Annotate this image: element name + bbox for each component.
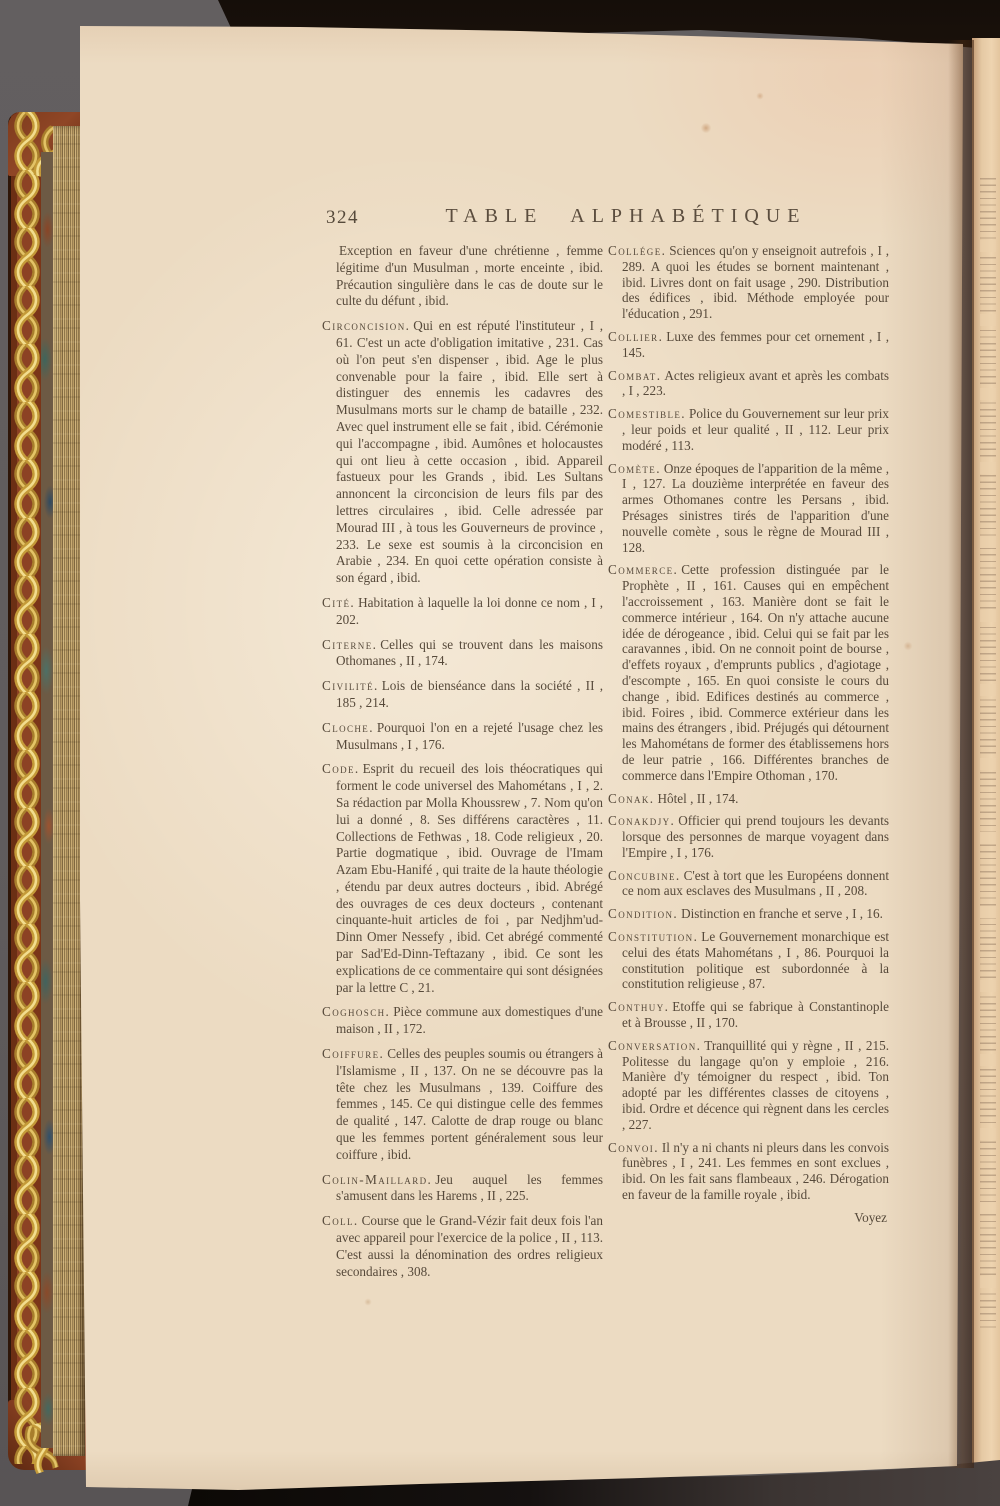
index-column-left: Exception en faveur d'une chrétienne , f… [322, 243, 603, 1288]
index-entry: Collége.Sciences qu'on y enseignoit autr… [608, 243, 889, 322]
index-entry: Collier.Luxe des femmes pour cet ornemen… [608, 329, 889, 361]
entry-term: Comète. [608, 461, 664, 476]
index-entries-left: Exception en faveur d'une chrétienne , f… [322, 243, 603, 1280]
gutter-shadow [948, 40, 974, 1468]
entry-term: Cité. [322, 595, 358, 610]
entry-text: Esprit du recueil des lois théocratiques… [336, 761, 603, 994]
facing-page-text-blur [980, 178, 996, 1328]
index-entry: Coiffure.Celles des peuples soumis ou ét… [322, 1046, 603, 1164]
index-entry: Comestible.Police du Gouvernement sur le… [608, 406, 889, 453]
page-number: 324 [326, 207, 359, 229]
entry-term: Coghosch. [322, 1004, 393, 1019]
index-entry: Conversation.Tranquillité qui y règne , … [608, 1038, 889, 1133]
entry-term: Conakdjy. [608, 813, 678, 828]
entry-text: Habitation à laquelle la loi donne ce no… [336, 595, 603, 627]
index-entry: Cloche.Pourquoi l'on en a rejeté l'usage… [322, 720, 603, 754]
entry-term: Conak. [608, 791, 658, 806]
entry-term: Circoncision. [322, 318, 413, 333]
entry-term: Comestible. [608, 406, 689, 421]
entry-term: Collier. [608, 329, 666, 344]
book-photograph: 324 TABLE ALPHABÉTIQUE Exception en fave… [0, 0, 1000, 1506]
index-entry: Coll.Course que le Grand-Vézir fait deux… [322, 1213, 603, 1280]
entry-term: Cloche. [322, 720, 377, 735]
index-entries-right: Collége.Sciences qu'on y enseignoit autr… [608, 243, 889, 1203]
entry-term: Combat. [608, 368, 664, 383]
entry-term: Constitution. [608, 929, 701, 944]
entry-text: Qui en est réputé l'instituteur , I , 61… [336, 318, 603, 585]
entry-term: Citerne. [322, 637, 380, 652]
entry-text: Hôtel , II , 174. [658, 791, 739, 806]
entry-term: Commerce. [608, 562, 681, 577]
entry-term: Civilité. [322, 678, 382, 693]
entry-term: Condition. [608, 906, 681, 921]
entry-text: Distinction en franche et serve , I , 16… [681, 906, 883, 921]
index-entry: Cité.Habitation à laquelle la loi donne … [322, 595, 603, 629]
entry-term: Colin-Maillard. [322, 1172, 435, 1187]
entry-term: Concubine. [608, 868, 684, 883]
entry-text: Il n'y a ni chants ni pleurs dans les co… [622, 1140, 889, 1202]
index-entry: Coghosch.Pièce commune aux domestiques d… [322, 1004, 603, 1038]
index-entry: Code.Esprit du recueil des lois théocrat… [322, 761, 603, 996]
index-entry: Commerce.Cette profession distinguée par… [608, 562, 889, 783]
entry-term: Collége. [608, 243, 669, 258]
index-entry: Constitution.Le Gouvernement monarchique… [608, 929, 889, 992]
entry-term: Conthuy. [608, 999, 672, 1014]
index-column-right: Collége.Sciences qu'on y enseignoit autr… [608, 243, 889, 1226]
entry-term: Coiffure. [322, 1046, 387, 1061]
index-entry: Combat.Actes religieux avant et après le… [608, 368, 889, 400]
entry-text: Pourquoi l'on en a rejeté l'usage chez l… [336, 720, 603, 752]
entry-text: Exception en faveur d'une chrétienne , f… [336, 243, 603, 308]
facing-page-bleed [972, 38, 1000, 1468]
entry-text: Celles des peuples soumis ou étrangers à… [336, 1046, 603, 1162]
index-entry: Conthuy.Etoffe qui se fabrique à Constan… [608, 999, 889, 1031]
entry-term: Code. [322, 761, 363, 776]
entry-text: Course que le Grand-Vézir fait deux fois… [336, 1213, 603, 1278]
index-entry: Circoncision.Qui en est réputé l'institu… [322, 318, 603, 587]
index-entry: Conak.Hôtel , II , 174. [608, 791, 889, 807]
index-entry: Convoi.Il n'y a ni chants ni pleurs dans… [608, 1140, 889, 1203]
entry-term: Coll. [322, 1213, 362, 1228]
entry-term: Convoi. [608, 1140, 662, 1155]
index-entry: Comète.Onze époques de l'apparition de l… [608, 461, 889, 556]
page-title: TABLE ALPHABÉTIQUE [406, 205, 846, 228]
entry-text: Cette profession distinguée par le Proph… [622, 562, 889, 782]
index-entry: Concubine.C'est à tort que les Européens… [608, 868, 889, 900]
gold-rope-tooling-icon [12, 112, 42, 1464]
index-entry: Conakdjy.Officier qui prend toujours les… [608, 813, 889, 860]
index-entry: Colin-Maillard.Jeu auquel les femmes s'a… [322, 1172, 603, 1206]
index-entry: Exception en faveur d'une chrétienne , f… [322, 243, 603, 310]
entry-term: Conversation. [608, 1038, 704, 1053]
index-entry: Citerne.Celles qui se trouvent dans les … [322, 637, 603, 671]
index-entry: Condition.Distinction en franche et serv… [608, 906, 889, 922]
index-entry: Civilité.Lois de bienséance dans la soci… [322, 678, 603, 712]
catchword: Voyez [608, 1210, 889, 1226]
